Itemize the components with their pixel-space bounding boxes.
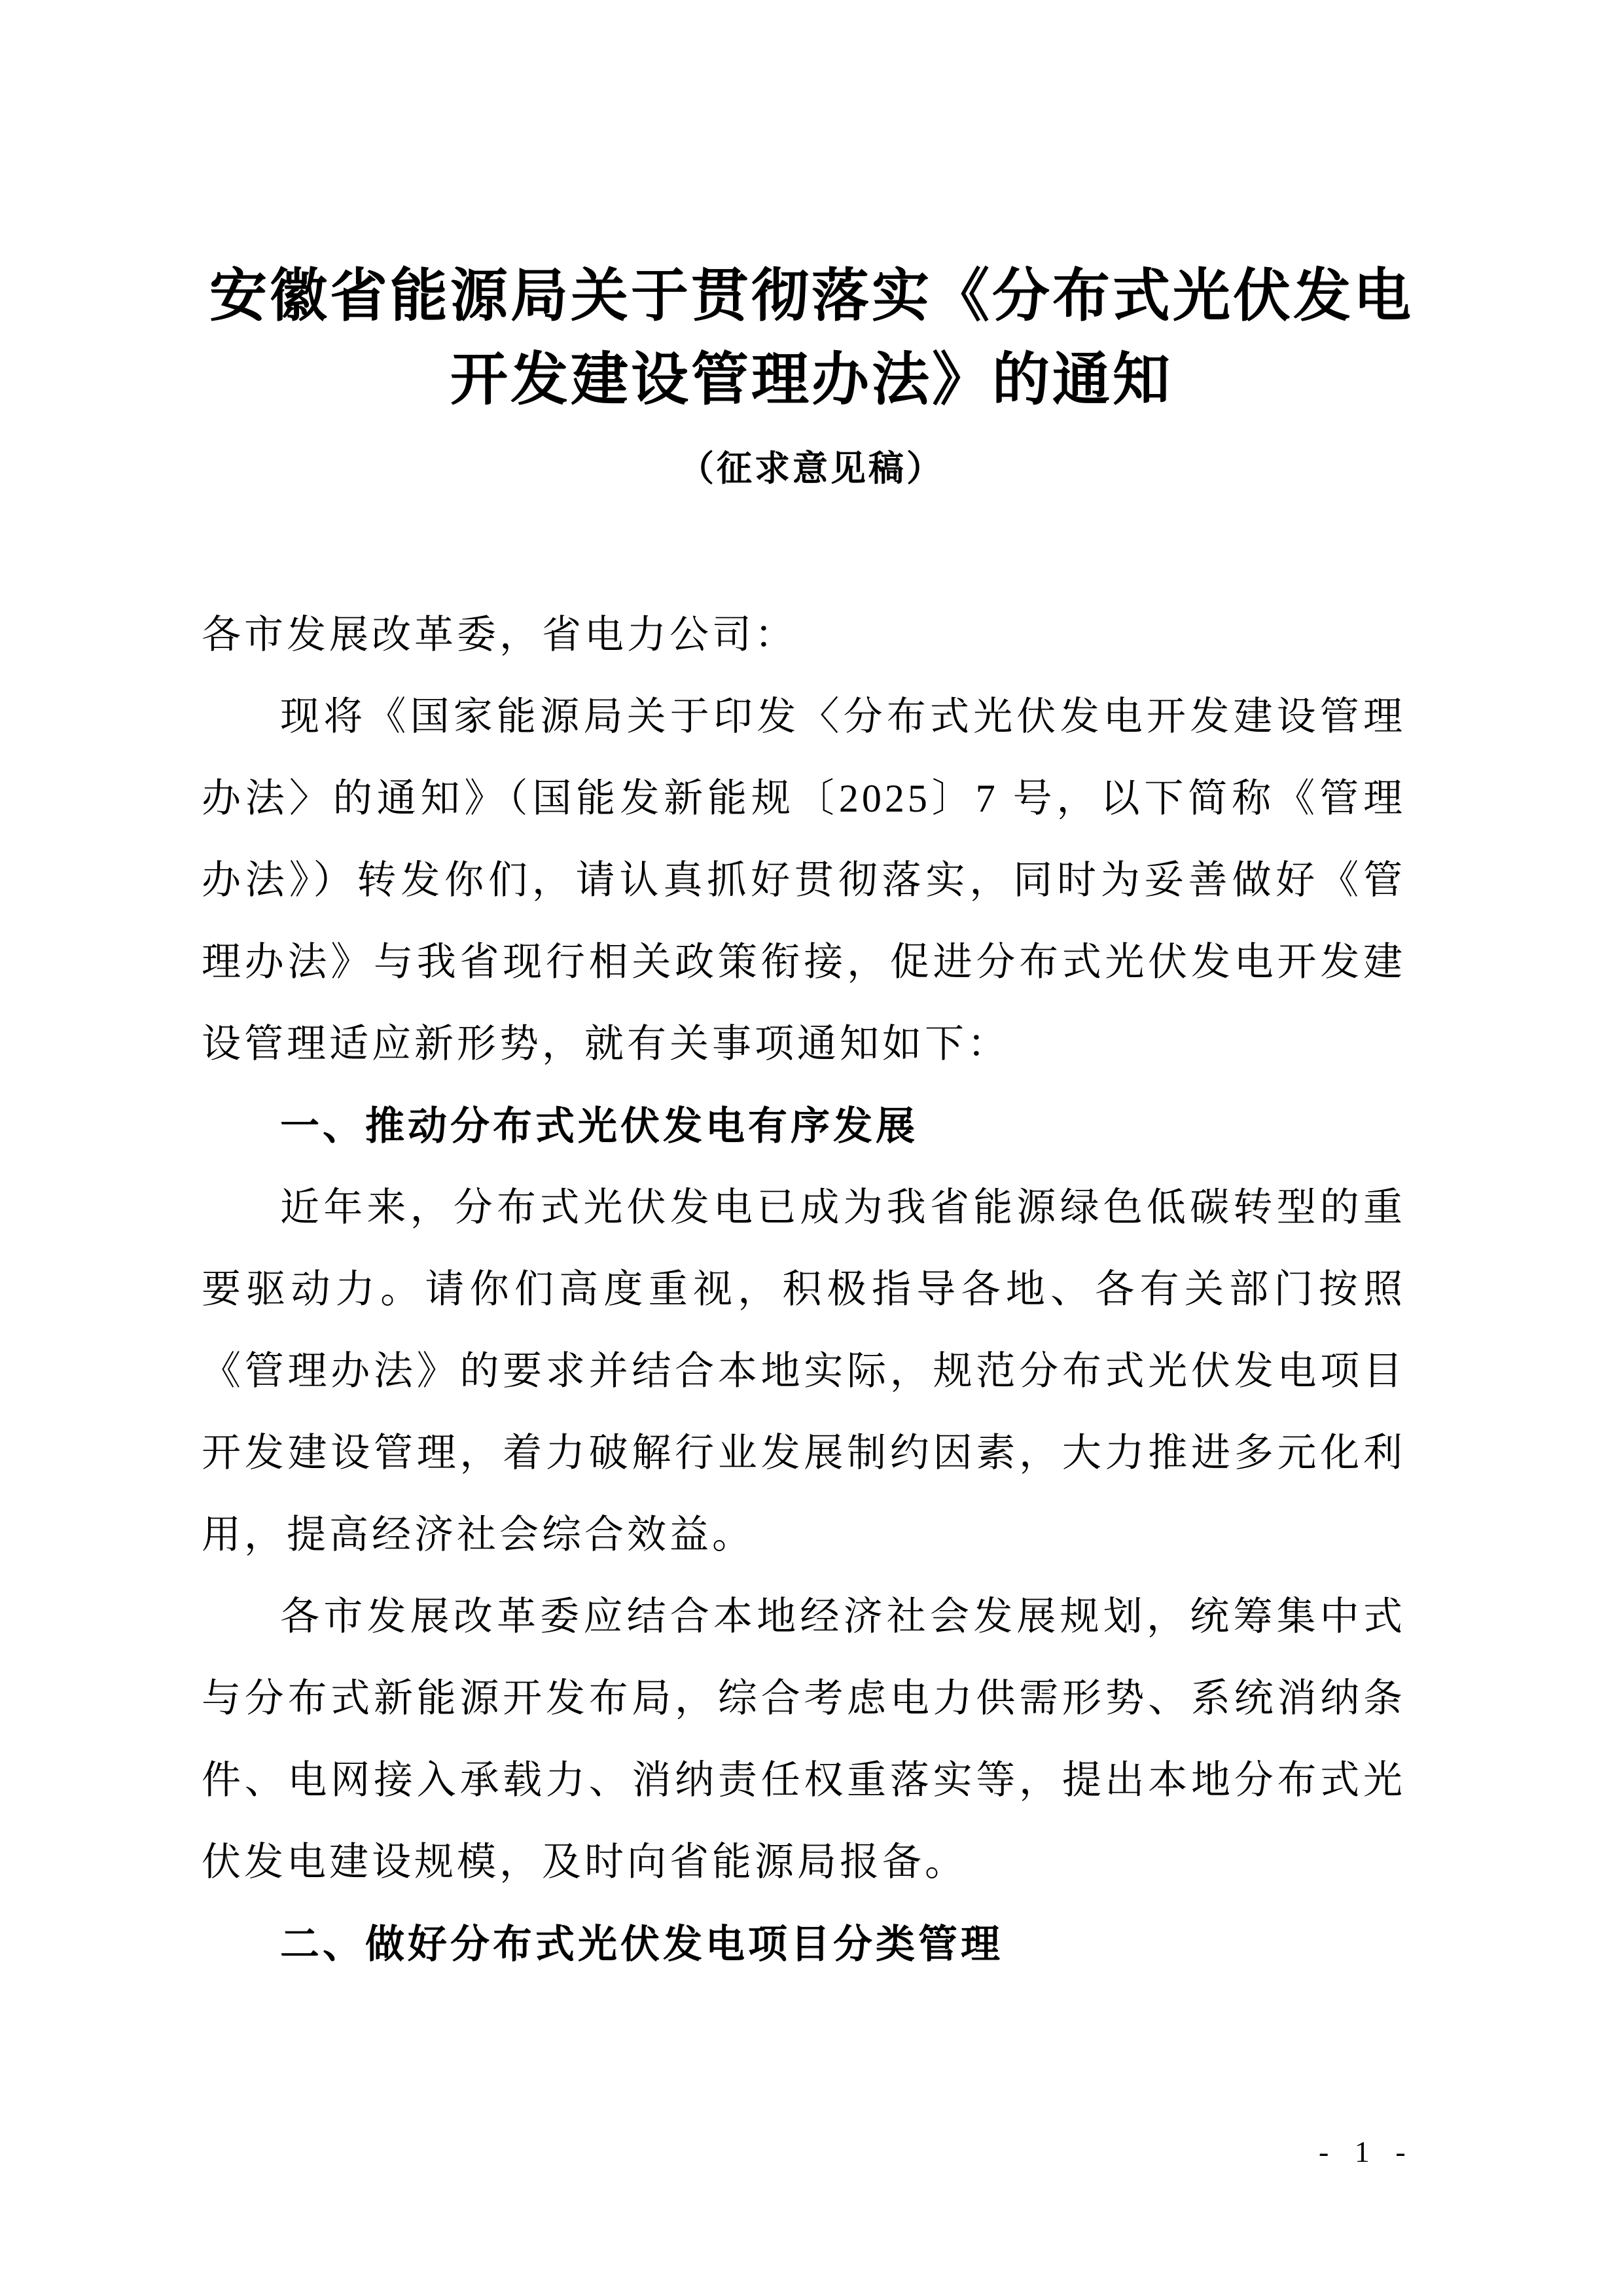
paragraph-intro: 现将《国家能源局关于印发〈分布式光伏发电开发建设管理办法〉的通知》（国能发新能规… xyxy=(202,676,1406,1085)
section-heading-1: 一、推动分布式光伏发电有序发展 xyxy=(202,1085,1406,1167)
document-page: 安徽省能源局关于贯彻落实《分布式光伏发电 开发建设管理办法》的通知 （征求意见稿… xyxy=(0,0,1623,2296)
section-heading-2: 二、做好分布式光伏发电项目分类管理 xyxy=(202,1903,1406,1985)
draft-note: （征求意见稿） xyxy=(0,442,1623,495)
paragraph-section1-b: 各市发展改革委应结合本地经济社会发展规划，统筹集中式与分布式新能源开发布局，综合… xyxy=(202,1576,1406,1903)
page-title: 安徽省能源局关于贯彻落实《分布式光伏发电 开发建设管理办法》的通知 xyxy=(105,255,1518,423)
document-body: 各市发展改革委，省电力公司： 现将《国家能源局关于印发〈分布式光伏发电开发建设管… xyxy=(202,594,1406,1985)
page-title-line-1: 安徽省能源局关于贯彻落实《分布式光伏发电 xyxy=(105,255,1518,339)
salutation: 各市发展改革委，省电力公司： xyxy=(202,594,1406,676)
page-title-line-2: 开发建设管理办法》的通知 xyxy=(105,339,1518,423)
paragraph-section1-a: 近年来，分布式光伏发电已成为我省能源绿色低碳转型的重要驱动力。请你们高度重视，积… xyxy=(202,1167,1406,1576)
page-number: - 1 - xyxy=(1319,2132,1415,2172)
